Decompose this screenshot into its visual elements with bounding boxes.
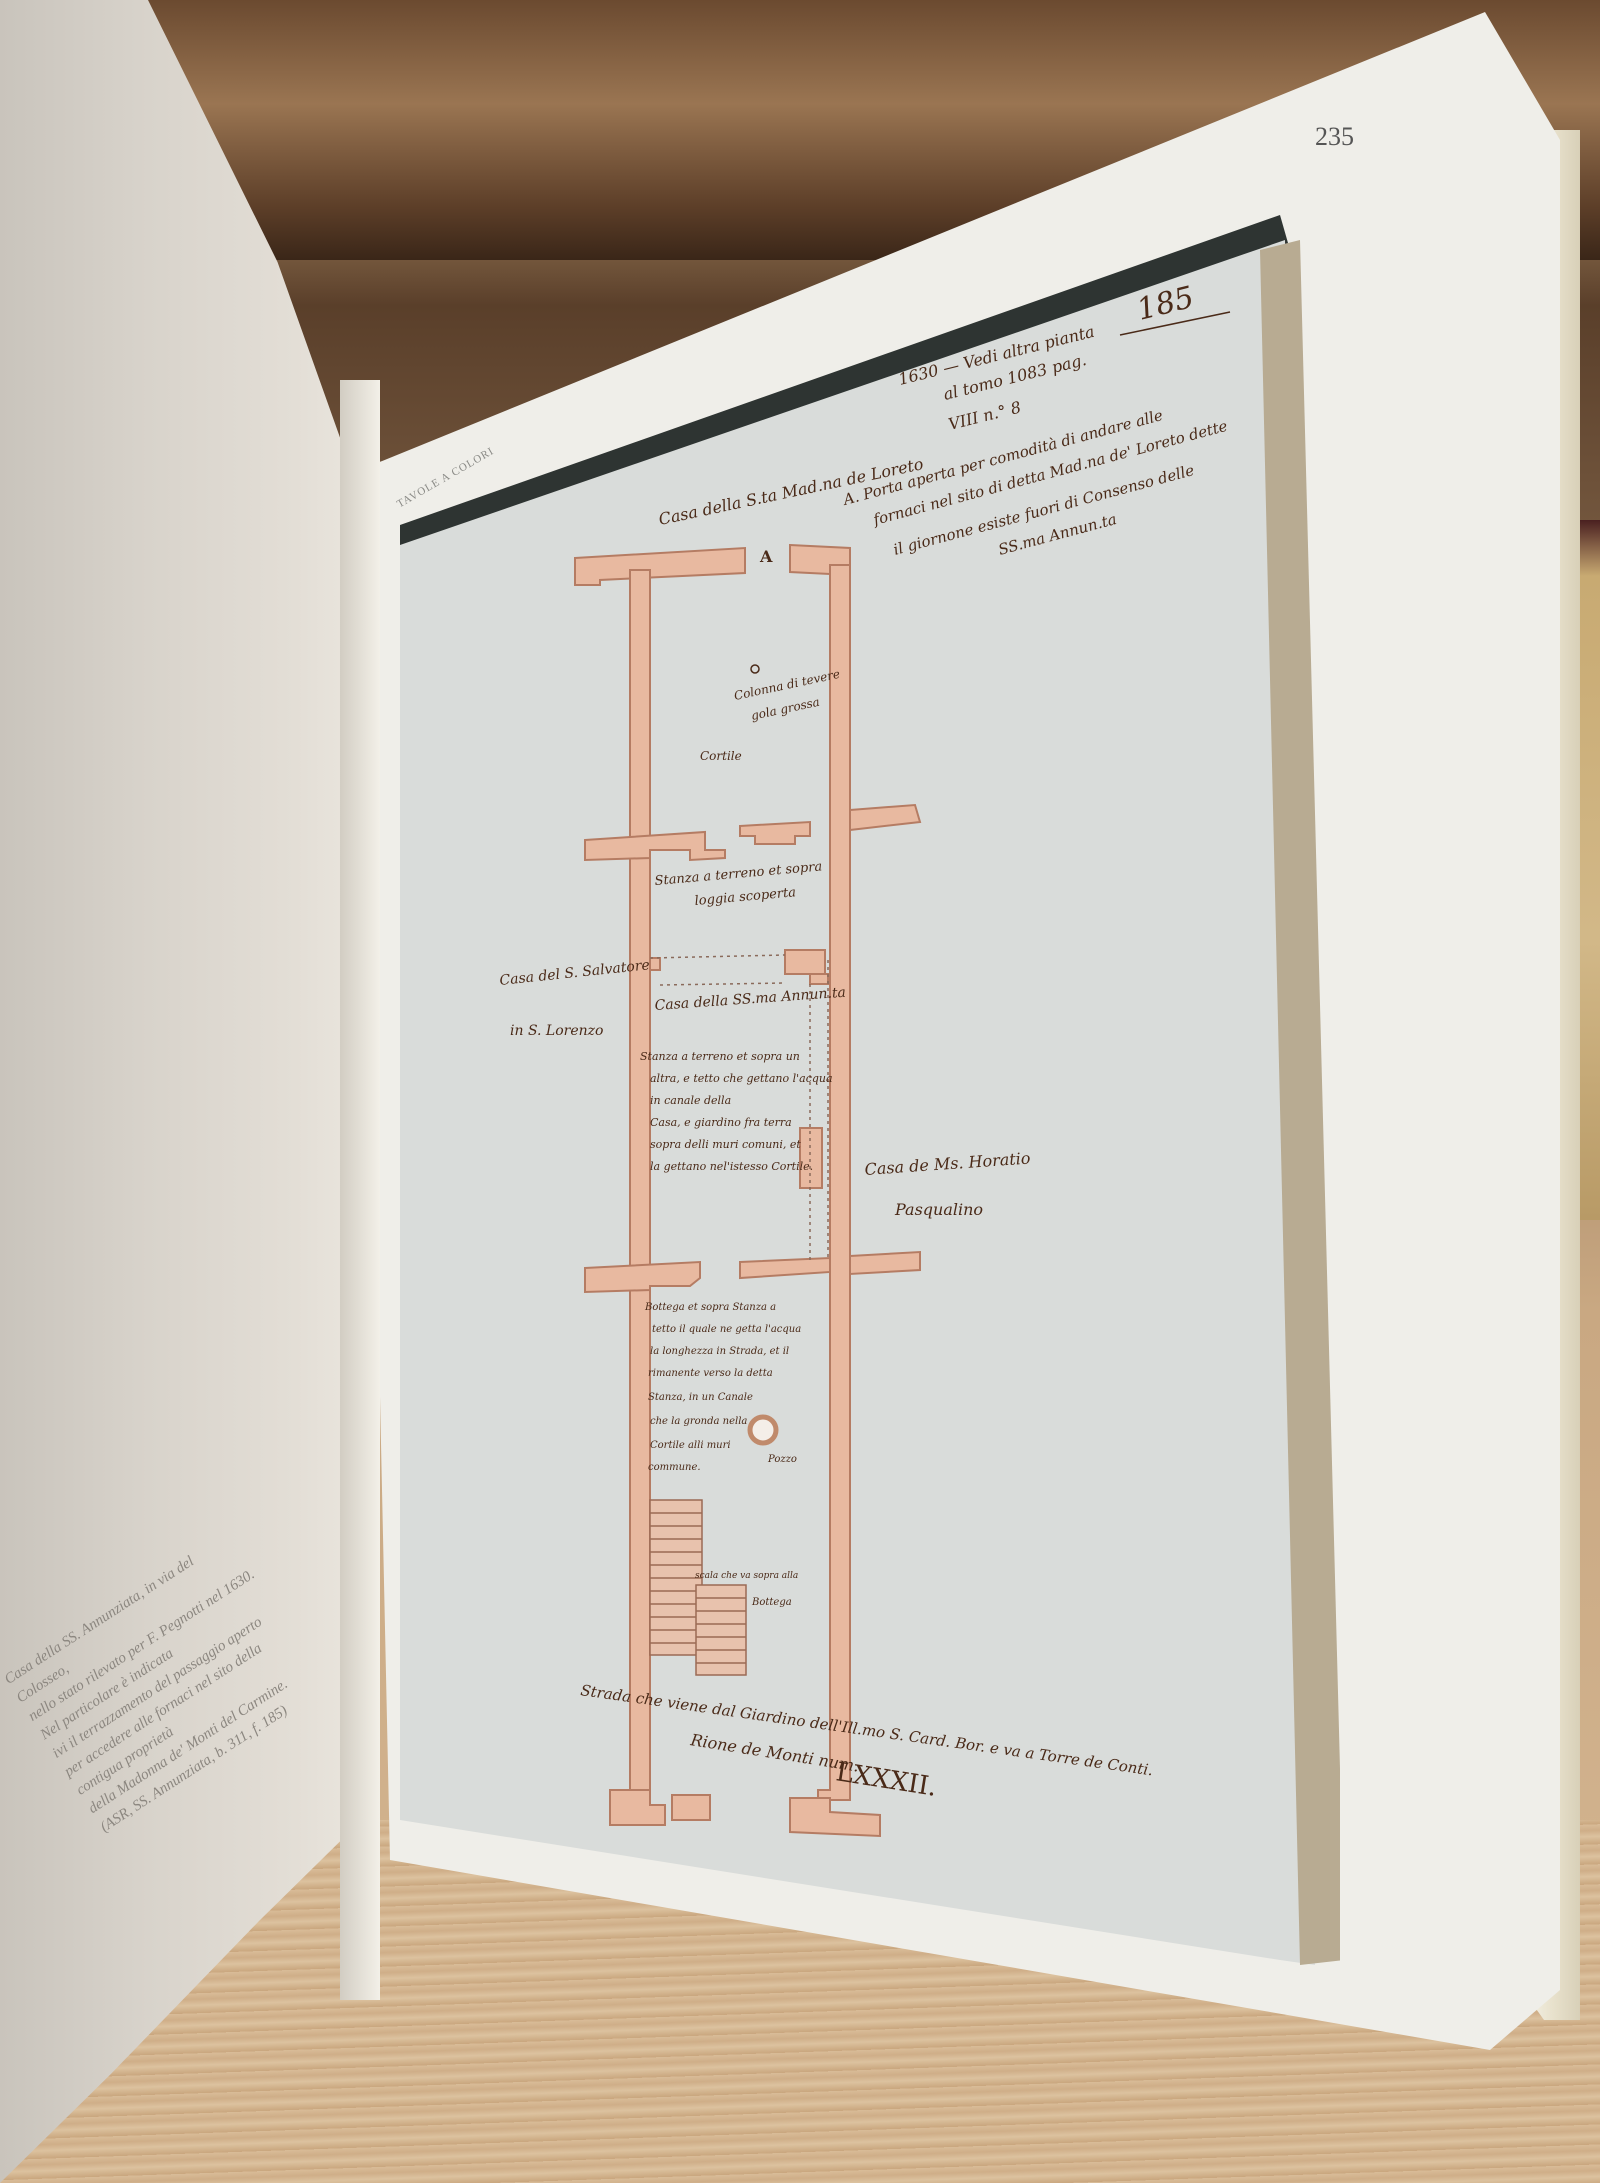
shop-line: commune. [648, 1462, 701, 1473]
main-house-line: la gettano nel'istesso Cortile. [650, 1160, 813, 1173]
shop-line: Bottega et sopra Stanza a [644, 1302, 776, 1313]
stair-note-line: Bottega [751, 1597, 792, 1608]
main-house-line: Casa, e giardino fra terra [650, 1116, 792, 1129]
book-gutter [340, 380, 380, 2000]
main-house-line: in canale della [650, 1094, 731, 1107]
shop-line: che la gronda nella [650, 1416, 747, 1427]
well-label: Pozzo [767, 1454, 797, 1465]
staircase-center [696, 1585, 746, 1675]
main-house-line: sopra delli muri comuni, et [650, 1138, 801, 1151]
main-house-line: altra, e tetto che gettano l'acqua [650, 1072, 833, 1085]
stair-note-line: scala che va sopra alla [695, 1571, 798, 1581]
main-house-line: Stanza a terreno et sopra un [640, 1050, 800, 1063]
shop-line: rimanente verso la detta [648, 1368, 773, 1379]
neighbor-right-line: Pasqualino [894, 1200, 983, 1219]
neighbor-left-line: in S. Lorenzo [510, 1023, 603, 1039]
manuscript-plate: 185 1630 — Vedi altra pianta al tomo 108… [385, 215, 1340, 1965]
page-number: 235 [1315, 122, 1354, 152]
courtyard-label: Cortile [700, 749, 742, 763]
shop-line: Cortile alli muri [650, 1440, 731, 1451]
shop-line: tetto il quale ne getta l'acqua [652, 1324, 801, 1335]
left-page [0, 0, 370, 2183]
shop-line: la longhezza in Strada, et il [650, 1346, 789, 1357]
well-icon [750, 1417, 776, 1443]
shop-line: Stanza, in un Canale [648, 1392, 753, 1403]
point-a-label: A [759, 547, 773, 566]
